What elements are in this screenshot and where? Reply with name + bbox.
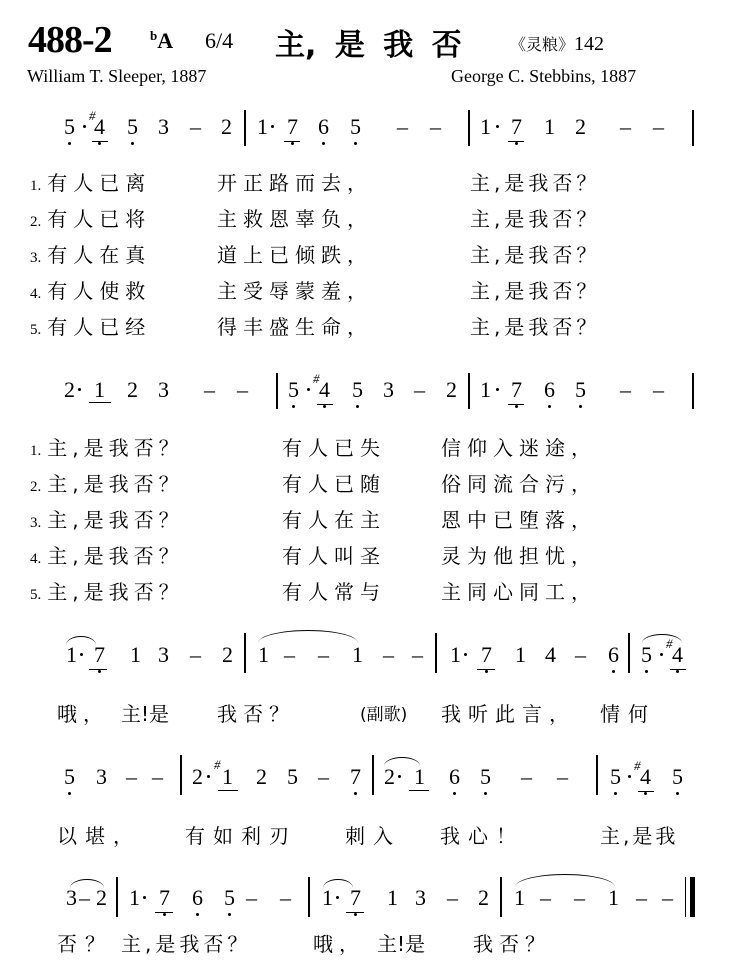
- verse-number: 4.: [30, 286, 41, 302]
- note: 1: [129, 886, 140, 910]
- dash: –: [246, 886, 257, 910]
- note: 7: [350, 886, 361, 910]
- note: 4: [319, 378, 330, 402]
- dash: –: [284, 643, 295, 667]
- lyric-segment: 有人已将: [47, 207, 151, 231]
- augmentation-dot: [80, 653, 83, 656]
- underline: [508, 141, 524, 142]
- note: 1: [414, 765, 425, 789]
- verse-line: 5.主,是我否？: [30, 576, 184, 605]
- underline: [92, 141, 108, 142]
- note: 3: [415, 886, 426, 910]
- note: 2: [127, 378, 138, 402]
- note: 3: [66, 886, 77, 910]
- note: 1: [257, 115, 268, 139]
- augmentation-dot: [83, 125, 86, 128]
- lyric-segment: 主救恩辜负，: [217, 203, 373, 232]
- lyric-segment: 有人已经: [47, 315, 151, 339]
- composer-credit: George C. Stebbins, 1887: [451, 66, 636, 87]
- underline: [317, 404, 333, 405]
- barline: [435, 633, 437, 673]
- key-letter: A: [157, 28, 173, 53]
- dash: –: [620, 115, 631, 139]
- dash: –: [662, 886, 673, 910]
- dash: –: [521, 765, 532, 789]
- lyric-segment: 主,是我否？: [47, 436, 183, 460]
- lyric-segment: 主,是我: [600, 820, 678, 849]
- dash: –: [237, 378, 248, 402]
- note: 7: [511, 378, 522, 402]
- note: 5: [352, 378, 363, 402]
- note: 3: [158, 378, 169, 402]
- barline: [692, 110, 694, 146]
- barline: [468, 110, 470, 146]
- source-reference: 《灵粮》142: [510, 32, 574, 55]
- verse-line: 2.主,是我否？: [30, 468, 184, 497]
- barline: [596, 755, 598, 795]
- note: 5: [480, 765, 491, 789]
- note: 5: [610, 765, 621, 789]
- barline: [500, 877, 502, 917]
- lyric-segment: 哦，: [57, 698, 109, 727]
- lyric-segment: 得丰盛生命，: [217, 311, 373, 340]
- note: 7: [350, 765, 361, 789]
- note: 6: [318, 115, 329, 139]
- lyric-segment: 有人已离: [47, 171, 151, 195]
- note: 1: [258, 643, 269, 667]
- dash: –: [79, 886, 90, 910]
- lyric-segment: 以堪，: [57, 820, 141, 849]
- lyric-segment: 有人在主: [282, 504, 386, 533]
- lyric-segment: 哦，: [313, 928, 365, 957]
- note: 1: [222, 765, 233, 789]
- tie: [515, 874, 615, 887]
- dash: –: [574, 886, 585, 910]
- dash: –: [152, 765, 163, 789]
- note: 4: [94, 115, 105, 139]
- lyric-segment: 否？: [57, 928, 113, 957]
- dash: –: [636, 886, 647, 910]
- lyric-segment: 有人在真: [47, 243, 151, 267]
- note: 5: [224, 886, 235, 910]
- augmentation-dot: [207, 775, 210, 778]
- note: 5: [641, 643, 652, 667]
- lyric-segment: 主,是我否？: [470, 275, 600, 304]
- note: 1: [352, 643, 363, 667]
- note: 1: [387, 886, 398, 910]
- dash: –: [653, 378, 664, 402]
- dash: –: [383, 643, 394, 667]
- dash: –: [204, 378, 215, 402]
- verse-line: 4.主,是我否？: [30, 540, 184, 569]
- note: 2: [96, 886, 107, 910]
- tie: [258, 630, 358, 643]
- augmentation-dot: [307, 388, 310, 391]
- note: 1: [66, 643, 77, 667]
- note: 1: [130, 643, 141, 667]
- note: 2: [64, 378, 75, 402]
- verse-number: 2.: [30, 214, 41, 230]
- note: 1: [480, 378, 491, 402]
- lyric-segment: 道上已倾跌，: [217, 239, 373, 268]
- note: 7: [159, 886, 170, 910]
- lyric-segment: 主,是我否？: [47, 508, 183, 532]
- dash: –: [575, 643, 586, 667]
- underline: [89, 402, 111, 403]
- barline: [628, 633, 630, 673]
- lyric-segment: 开正路而去，: [217, 167, 373, 196]
- lyric-segment: 我否？: [217, 698, 295, 727]
- lyric-segment: 主受辱蒙羞，: [217, 275, 373, 304]
- note: 2: [446, 378, 457, 402]
- barline: [244, 110, 246, 146]
- verse-number: 4.: [30, 551, 41, 567]
- augmentation-dot: [496, 125, 499, 128]
- lyric-segment: 有人叫圣: [282, 540, 386, 569]
- lyric-segment: 有人常与: [282, 576, 386, 605]
- note: 5: [64, 765, 75, 789]
- verse-number: 3.: [30, 250, 41, 266]
- note: 3: [383, 378, 394, 402]
- dash: –: [557, 765, 568, 789]
- note: 4: [545, 643, 556, 667]
- dash: –: [412, 643, 423, 667]
- note: 2: [192, 765, 203, 789]
- dash: –: [430, 115, 441, 139]
- augmentation-dot: [398, 775, 401, 778]
- augmentation-dot: [660, 653, 663, 656]
- note: 5: [350, 115, 361, 139]
- note: 4: [672, 643, 683, 667]
- dash: –: [447, 886, 458, 910]
- lyric-segment: 主,是我否？: [47, 544, 183, 568]
- verse-number: 5.: [30, 322, 41, 338]
- note: 3: [158, 115, 169, 139]
- lyric-segment: 主,是我否？: [470, 239, 600, 268]
- verse-line: 5.有人已经: [30, 311, 151, 340]
- barline: [692, 373, 694, 409]
- verse-line: 4.有人使救: [30, 275, 151, 304]
- underline: [284, 141, 300, 142]
- hymn-number: 488-2: [28, 18, 112, 62]
- underline: [638, 791, 654, 792]
- lyric-segment: 主,是我否？: [121, 928, 251, 957]
- barline: [372, 755, 374, 795]
- augmentation-dot: [464, 653, 467, 656]
- verse-line: 3.主,是我否？: [30, 504, 184, 533]
- verse-number: 5.: [30, 587, 41, 603]
- note: 2: [478, 886, 489, 910]
- dash: –: [318, 643, 329, 667]
- note: 5: [288, 378, 299, 402]
- note: 5: [127, 115, 138, 139]
- verse-line: 2.有人已将: [30, 203, 151, 232]
- lyric-segment: 情何: [600, 698, 656, 727]
- augmentation-dot: [271, 125, 274, 128]
- note: 2: [222, 643, 233, 667]
- underline: [155, 912, 173, 913]
- lyric-segment: 主!是: [377, 928, 425, 957]
- lyric-segment: 主,是我否？: [470, 311, 600, 340]
- augmentation-dot: [143, 896, 146, 899]
- dash: –: [126, 765, 137, 789]
- note: 4: [640, 765, 651, 789]
- note: 6: [192, 886, 203, 910]
- dash: –: [397, 115, 408, 139]
- verse-line: 3.有人在真: [30, 239, 151, 268]
- lyric-segment: 我听此言，: [441, 698, 576, 727]
- note: 5: [287, 765, 298, 789]
- lyric-segment: 有人使救: [47, 279, 151, 303]
- note: 6: [608, 643, 619, 667]
- lyric-segment: 刺入: [345, 820, 401, 849]
- source-number: 142: [574, 32, 604, 56]
- lyric-segment: 我心！: [440, 820, 524, 849]
- barline: [244, 633, 246, 673]
- underline: [508, 404, 524, 405]
- note: 1: [322, 886, 333, 910]
- hymn-title: 主, 是 我 否: [275, 20, 462, 64]
- underline: [670, 669, 686, 670]
- note: 2: [256, 765, 267, 789]
- note: 7: [481, 643, 492, 667]
- note: 1: [514, 886, 525, 910]
- verse-number: 1.: [30, 443, 41, 459]
- note: 1: [450, 643, 461, 667]
- note: 2: [384, 765, 395, 789]
- verse-line: 1.有人已离: [30, 167, 151, 196]
- lyric-segment: 信仰入迷途，: [441, 432, 597, 461]
- note: 7: [511, 115, 522, 139]
- verse-number: 2.: [30, 479, 41, 495]
- note: 6: [544, 378, 555, 402]
- note: 1: [94, 378, 105, 402]
- underline: [218, 790, 238, 791]
- underline: [89, 669, 107, 670]
- lyric-segment: 有人已失: [282, 432, 386, 461]
- key-signature: bA: [150, 28, 173, 54]
- note: 6: [449, 765, 460, 789]
- dash: –: [653, 115, 664, 139]
- underline: [477, 669, 495, 670]
- lyric-segment: 主,是我否？: [470, 203, 600, 232]
- dash: –: [414, 378, 425, 402]
- dash: –: [280, 886, 291, 910]
- lyric-segment: 主,是我否？: [47, 472, 183, 496]
- dash: –: [620, 378, 631, 402]
- note: 1: [608, 886, 619, 910]
- sharp-sign: #: [214, 757, 221, 773]
- verse-line: 1.主,是我否？: [30, 432, 184, 461]
- note: 1: [544, 115, 555, 139]
- lyricist-credit: William T. Sleeper, 1887: [27, 66, 206, 87]
- underline: [409, 790, 429, 791]
- barline: [276, 373, 278, 409]
- note: 2: [575, 115, 586, 139]
- underline: [346, 912, 364, 913]
- dash: –: [540, 886, 551, 910]
- augmentation-dot: [496, 388, 499, 391]
- augmentation-dot: [78, 388, 81, 391]
- lyric-segment: 灵为他担忧，: [441, 540, 597, 569]
- lyric-segment: 有如利刃: [185, 820, 297, 849]
- verse-number: 3.: [30, 515, 41, 531]
- note: 5: [64, 115, 75, 139]
- barline: [468, 373, 470, 409]
- dash: –: [190, 643, 201, 667]
- note: 3: [96, 765, 107, 789]
- barline: [308, 877, 310, 917]
- note: 1: [480, 115, 491, 139]
- note: 5: [672, 765, 683, 789]
- note: 5: [575, 378, 586, 402]
- verse-number: 1.: [30, 178, 41, 194]
- dash: –: [190, 115, 201, 139]
- dash: –: [318, 765, 329, 789]
- lyric-segment: 俗同流合污，: [441, 468, 597, 497]
- final-barline-thick: [690, 877, 695, 917]
- note: 1: [515, 643, 526, 667]
- note: 3: [158, 643, 169, 667]
- source-book: 《灵粮》: [510, 35, 574, 54]
- final-barline-thin: [685, 877, 686, 917]
- lyric-segment: 主!是: [121, 698, 169, 727]
- lyric-segment: 主,是我否？: [470, 167, 600, 196]
- note: 2: [221, 115, 232, 139]
- note: 7: [94, 643, 105, 667]
- barline: [180, 755, 182, 795]
- note: 7: [287, 115, 298, 139]
- time-signature: 6/4: [205, 28, 233, 54]
- lyric-segment: 主同心同工，: [441, 576, 597, 605]
- augmentation-dot: [628, 775, 631, 778]
- augmentation-dot: [336, 896, 339, 899]
- lyric-segment: 我否？: [473, 928, 551, 957]
- lyric-segment: 有人已随: [282, 468, 386, 497]
- lyric-segment: 主,是我否？: [47, 580, 183, 604]
- lyric-segment: 恩中已堕落，: [441, 504, 597, 533]
- chorus-marker: (副歌): [360, 700, 407, 725]
- barline: [116, 877, 118, 917]
